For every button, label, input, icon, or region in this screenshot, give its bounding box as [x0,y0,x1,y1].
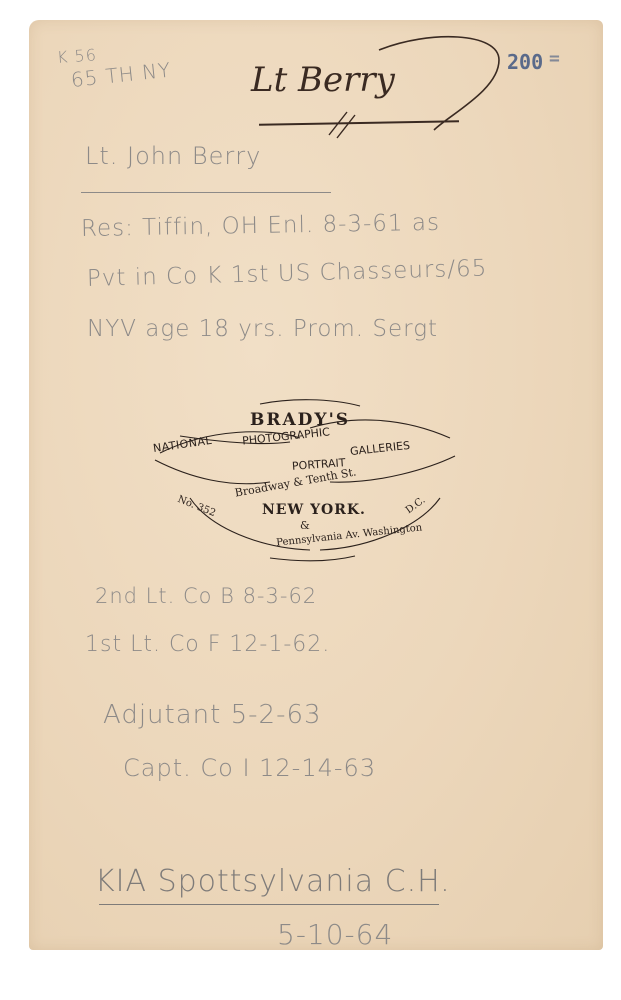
name-line: Lt. John Berry [85,142,261,170]
service-line-4: Capt. Co I 12-14-63 [123,754,376,782]
service-line-1: 2nd Lt. Co B 8-3-62 [95,584,317,608]
bio-line-3: NYV age 18 yrs. Prom. Sergt [87,316,438,342]
bio-line-1: Res: Tiffin, OH Enl. 8-3-61 as [81,210,440,242]
imprint-ampersand: & [300,519,310,532]
service-line-3: Adjutant 5-2-63 [103,700,322,730]
bio-line-2: Pvt in Co K 1st US Chasseurs/65 [87,256,488,292]
kia-line: KIA Spottsylvania C.H. [95,864,451,899]
imprint-ny-city: NEW YORK. [262,502,366,518]
photo-card-back: K 56 65 TH NY Lt Berry 200 = Lt. John Be… [29,20,603,950]
name-underline [81,192,331,193]
price-stamp: 200 [507,50,543,74]
studio-imprint: BRADY'S NATIONAL PHOTOGRAPHIC PORTRAIT G… [150,398,460,563]
signature-flourish [29,20,603,160]
imprint-studio-name: BRADY'S [250,410,350,430]
kia-underline [99,904,439,905]
kia-date: 5-10-64 [277,918,393,951]
price-stamp-mark: = [549,48,560,69]
service-line-2: 1st Lt. Co F 12-1-62. [85,632,330,657]
